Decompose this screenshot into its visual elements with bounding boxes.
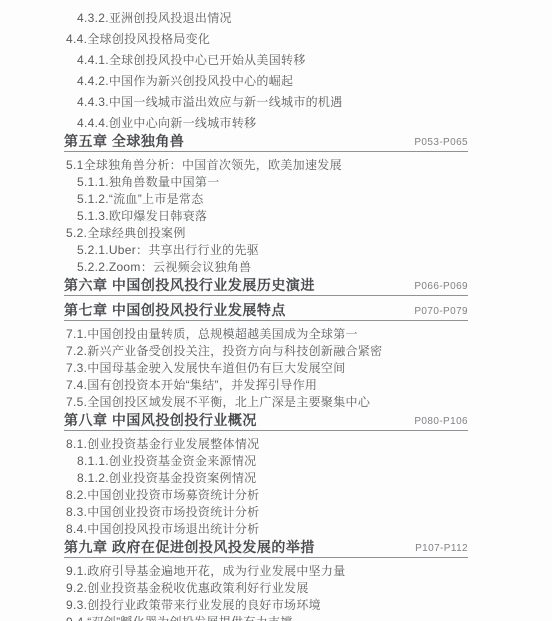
toc-item: 5.1全球独角兽分析：中国首次领先，欧美加速发展 bbox=[64, 155, 468, 172]
chapter-title: 第九章 政府在促进创投风投发展的举措 bbox=[64, 540, 315, 555]
toc-list: 4.3.2.亚洲创投风投退出情况4.4.全球创投风投格局变化4.4.1.全球创投… bbox=[64, 4, 468, 621]
toc-item-label: 5.2.全球经典创投案例 bbox=[66, 227, 186, 240]
toc-item-label: 9.1.政府引导基金遍地开花，成为行业发展中坚力量 bbox=[66, 565, 346, 578]
toc-item: 7.2.新兴产业备受创投关注，投资方向与科技创新融合紧密 bbox=[64, 341, 468, 358]
chapter-title: 第七章 中国创投风投行业发展特点 bbox=[64, 303, 286, 318]
chapter-title: 第八章 中国风投创投行业概况 bbox=[64, 413, 257, 428]
toc-item-label: 7.3.中国母基金驶入发展快车道但仍有巨大发展空间 bbox=[66, 362, 346, 375]
chapter-title: 第六章 中国创投风投行业发展历史演进 bbox=[64, 278, 315, 293]
toc-item: 5.1.3.欧印爆发日韩衰落 bbox=[64, 206, 468, 223]
toc-item-label: 5.1.1.独角兽数量中国第一 bbox=[77, 176, 220, 189]
toc-item: 9.2.创业投资基金税收优惠政策利好行业发展 bbox=[64, 578, 468, 595]
toc-item: 5.2.1.Uber：共享出行行业的先驱 bbox=[64, 240, 468, 257]
toc-item: 7.1.中国创投由量转质，总规模超越美国成为全球第一 bbox=[64, 324, 468, 341]
toc-item: 4.4.2.中国作为新兴创投风投中心的崛起 bbox=[64, 67, 468, 88]
toc-item-label: 9.3.创投行业政策带来行业发展的良好市场环境 bbox=[66, 599, 321, 612]
toc-chapter-row: 第五章 全球独角兽P053-P065 bbox=[64, 130, 468, 152]
toc-chapter-row: 第六章 中国创投风投行业发展历史演进P066-P069 bbox=[64, 274, 468, 296]
toc-item: 5.2.2.Zoom：云视频会议独角兽 bbox=[64, 257, 468, 274]
toc-item-label: 5.2.2.Zoom：云视频会议独角兽 bbox=[77, 261, 251, 274]
toc-item-label: 4.4.1.全球创投风投中心已开始从美国转移 bbox=[77, 54, 306, 67]
chapter-page-range: P070-P079 bbox=[414, 306, 468, 318]
toc-item-label: 7.1.中国创投由量转质，总规模超越美国成为全球第一 bbox=[66, 328, 358, 341]
toc-item: 4.4.3.中国一线城市溢出效应与新一线城市的机遇 bbox=[64, 88, 468, 109]
toc-item-label: 4.4.2.中国作为新兴创投风投中心的崛起 bbox=[77, 75, 293, 88]
chapter-page-range: P066-P069 bbox=[414, 281, 468, 293]
toc-item-label: 4.4.全球创投风投格局变化 bbox=[66, 33, 210, 46]
toc-item: 4.4.4.创业中心向新一线城市转移 bbox=[64, 109, 468, 130]
toc-item: 7.3.中国母基金驶入发展快车道但仍有巨大发展空间 bbox=[64, 358, 468, 375]
toc-item-label: 5.1.2.“流血”上市是常态 bbox=[77, 193, 204, 206]
toc-item-label: 8.1.创业投资基金行业发展整体情况 bbox=[66, 438, 259, 451]
chapter-title: 第五章 全球独角兽 bbox=[64, 134, 184, 149]
toc-item: 5.1.1.独角兽数量中国第一 bbox=[64, 172, 468, 189]
toc-item-label: 8.2.中国创业投资市场募资统计分析 bbox=[66, 489, 259, 502]
toc-item: 8.1.2.创业投资基金投资案例情况 bbox=[64, 468, 468, 485]
toc-item-label: 4.3.2.亚洲创投风投退出情况 bbox=[77, 12, 232, 25]
toc-item: 9.4.“双创”孵化器为创投发展提供有力支撑 bbox=[64, 612, 468, 621]
toc-item-label: 5.2.1.Uber：共享出行行业的先驱 bbox=[77, 244, 259, 257]
toc-item: 8.4.中国创投风投市场退出统计分析 bbox=[64, 519, 468, 536]
toc-item: 7.4.国有创投资本开始“集结”，并发挥引导作用 bbox=[64, 375, 468, 392]
toc-item: 8.1.创业投资基金行业发展整体情况 bbox=[64, 434, 468, 451]
toc-item-label: 7.5.全国创投区域发展不平衡，北上广深是主要聚集中心 bbox=[66, 396, 370, 409]
toc-item: 4.4.1.全球创投风投中心已开始从美国转移 bbox=[64, 46, 468, 67]
toc-item: 7.5.全国创投区域发展不平衡，北上广深是主要聚集中心 bbox=[64, 392, 468, 409]
toc-chapter-row: 第七章 中国创投风投行业发展特点P070-P079 bbox=[64, 299, 468, 321]
toc-item: 8.1.1.创业投资基金资金来源情况 bbox=[64, 451, 468, 468]
chapter-page-range: P107-P112 bbox=[415, 543, 468, 555]
toc-item: 8.2.中国创业投资市场募资统计分析 bbox=[64, 485, 468, 502]
toc-item: 9.1.政府引导基金遍地开花，成为行业发展中坚力量 bbox=[64, 561, 468, 578]
chapter-page-range: P080-P106 bbox=[414, 416, 468, 428]
chapter-page-range: P053-P065 bbox=[414, 137, 468, 149]
toc-item-label: 7.2.新兴产业备受创投关注，投资方向与科技创新融合紧密 bbox=[66, 345, 382, 358]
toc-page: 4.3.2.亚洲创投风投退出情况4.4.全球创投风投格局变化4.4.1.全球创投… bbox=[0, 0, 552, 621]
toc-item-label: 8.1.1.创业投资基金资金来源情况 bbox=[77, 455, 256, 468]
toc-item: 5.2.全球经典创投案例 bbox=[64, 223, 468, 240]
toc-item-label: 7.4.国有创投资本开始“集结”，并发挥引导作用 bbox=[66, 379, 317, 392]
toc-item: 8.3.中国创业投资市场投资统计分析 bbox=[64, 502, 468, 519]
toc-item: 4.4.全球创投风投格局变化 bbox=[64, 25, 468, 46]
toc-item-label: 8.3.中国创业投资市场投资统计分析 bbox=[66, 506, 259, 519]
toc-item-label: 5.1.3.欧印爆发日韩衰落 bbox=[77, 210, 207, 223]
toc-chapter-row: 第八章 中国风投创投行业概况P080-P106 bbox=[64, 409, 468, 431]
toc-item-label: 9.2.创业投资基金税收优惠政策利好行业发展 bbox=[66, 582, 309, 595]
toc-item: 9.3.创投行业政策带来行业发展的良好市场环境 bbox=[64, 595, 468, 612]
toc-item: 4.3.2.亚洲创投风投退出情况 bbox=[64, 4, 468, 25]
toc-item-label: 4.4.4.创业中心向新一线城市转移 bbox=[77, 117, 256, 130]
toc-item: 5.1.2.“流血”上市是常态 bbox=[64, 189, 468, 206]
toc-item-label: 4.4.3.中国一线城市溢出效应与新一线城市的机遇 bbox=[77, 96, 343, 109]
toc-item-label: 8.1.2.创业投资基金投资案例情况 bbox=[77, 472, 256, 485]
toc-item-label: 5.1全球独角兽分析：中国首次领先，欧美加速发展 bbox=[66, 159, 342, 172]
toc-chapter-row: 第九章 政府在促进创投风投发展的举措P107-P112 bbox=[64, 536, 468, 558]
toc-item-label: 8.4.中国创投风投市场退出统计分析 bbox=[66, 523, 259, 536]
toc-item-label: 9.4.“双创”孵化器为创投发展提供有力支撑 bbox=[66, 616, 293, 621]
